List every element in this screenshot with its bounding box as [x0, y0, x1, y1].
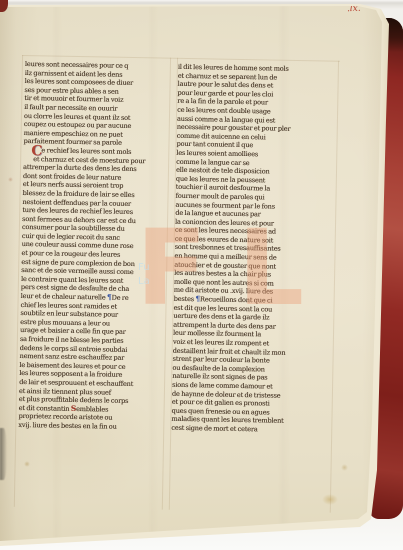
paraph-glyph: ¶	[107, 293, 112, 302]
stain	[24, 461, 30, 467]
text-line: cest signe de mort et cetera	[171, 424, 331, 436]
stain	[8, 177, 13, 182]
redcap-glyph: S	[71, 404, 76, 413]
text-line: xvij. liure des bestes en la fin ou	[18, 421, 163, 432]
text-block: leures sont necessaires pour ce qilz gar…	[18, 60, 341, 446]
paraph-glyph: ¶	[195, 294, 200, 303]
initial-glyph: C	[31, 147, 41, 155]
page-edge-shadow	[0, 428, 7, 480]
manuscript-photo: .lx. leures sont necessaires pour ce qil…	[0, 0, 403, 550]
text-column-right: il dit les leures de homme sont molset c…	[171, 63, 338, 435]
stain	[322, 494, 338, 505]
stain	[341, 464, 348, 471]
text-column-left: leures sont necessaires pour ce qilz gar…	[18, 60, 170, 432]
manuscript-page: .lx. leures sont necessaires pour ce qil…	[0, 0, 403, 550]
